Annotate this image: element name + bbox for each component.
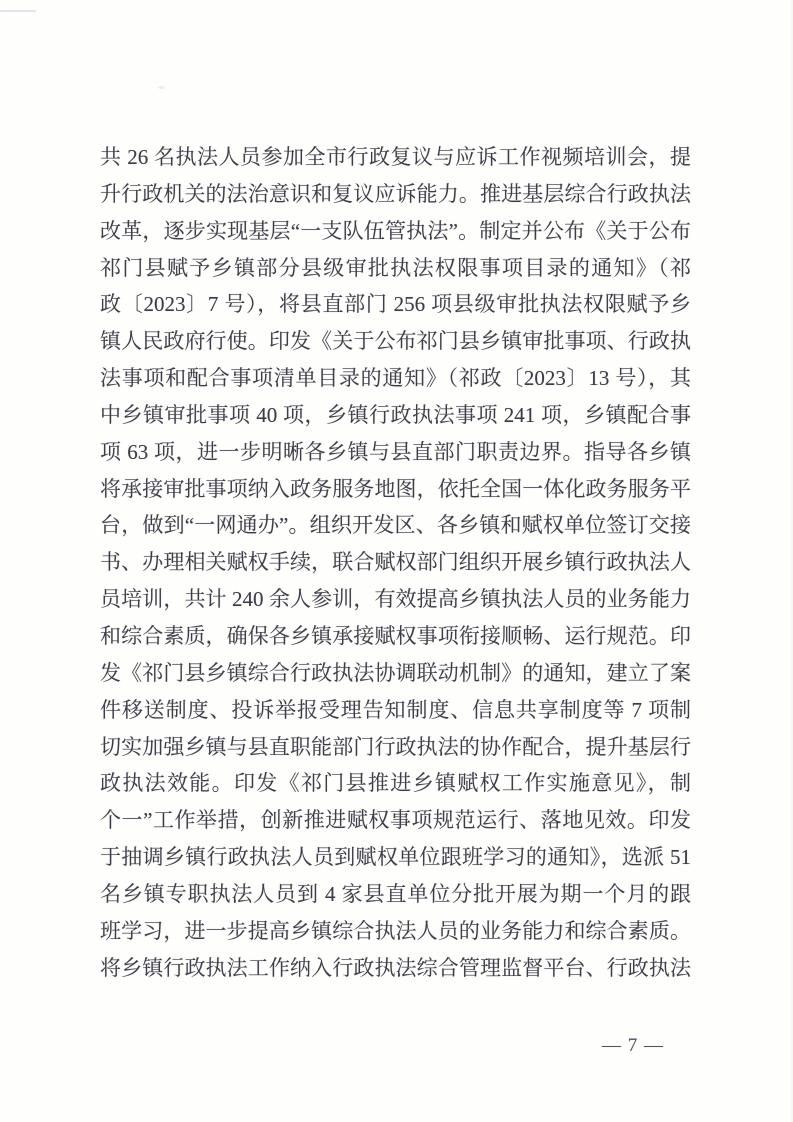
text-line: 台，做到“一网通办”。组织开发区、各乡镇和赋权单位签订交接 xyxy=(100,507,691,544)
text-line: 件移送制度、投诉举报受理告知制度、信息共享制度等 7 项制度， xyxy=(100,692,691,729)
text-line: 镇人民政府行使。印发《关于公布祁门县乡镇审批事项、行政执 xyxy=(100,323,691,360)
document-page: 共 26 名执法人员参加全市行政复议与应诉工作视频培训会，提 升行政机关的法治意… xyxy=(0,0,793,1122)
body-text: 共 26 名执法人员参加全市行政复议与应诉工作视频培训会，提 升行政机关的法治意… xyxy=(100,139,691,986)
text-line: 共 26 名执法人员参加全市行政复议与应诉工作视频培训会，提 xyxy=(100,139,691,176)
text-line: 项 63 项，进一步明晰各乡镇与县直部门职责边界。指导各乡镇 xyxy=(100,434,691,471)
text-line: 书、办理相关赋权手续，联合赋权部门组织开展乡镇行政执法人 xyxy=(100,544,691,581)
text-line: 员培训，共计 240 余人参训，有效提高乡镇执法人员的业务能力 xyxy=(100,581,691,618)
text-line: 政〔2023〕7 号），将县直部门 256 项县级审批执法权限赋予乡 xyxy=(100,286,691,323)
text-line: 中乡镇审批事项 40 项，乡镇行政执法事项 241 项，乡镇配合事 xyxy=(100,397,691,434)
text-line: 班学习，进一步提高乡镇综合执法人员的业务能力和综合素质。 xyxy=(100,913,691,950)
text-line: 发《祁门县乡镇综合行政执法协调联动机制》的通知，建立了案 xyxy=(100,655,691,692)
scan-artifact-top-left xyxy=(0,10,36,12)
text-line: 名乡镇专职执法人员到 4 家县直单位分批开展为期一个月的跟 xyxy=(100,876,691,913)
text-line: 切实加强乡镇与县直职能部门行政执法的协作配合，提升基层行 xyxy=(100,729,691,766)
text-line: 政执法效能。印发《祁门县推进乡镇赋权工作实施意见》，制定“六 xyxy=(100,765,691,802)
scan-smudge xyxy=(158,86,165,89)
text-line: 改革，逐步实现基层“一支队伍管执法”。制定并公布《关于公布 xyxy=(100,213,691,250)
text-line: 和综合素质，确保各乡镇承接赋权事项衔接顺畅、运行规范。印 xyxy=(100,618,691,655)
text-line: 法事项和配合事项清单目录的通知》（祁政〔2023〕13 号），其 xyxy=(100,360,691,397)
text-line: 将承接审批事项纳入政务服务地图，依托全国一体化政务服务平 xyxy=(100,471,691,508)
text-line: 祁门县赋予乡镇部分县级审批执法权限事项目录的通知》（祁 xyxy=(100,250,691,287)
page-number: — 7 — xyxy=(596,1035,670,1057)
text-line: 将乡镇行政执法工作纳入行政执法综合管理监督平台、行政执法 xyxy=(100,950,691,987)
scan-artifact-right-edge xyxy=(789,0,793,1122)
text-line: 于抽调乡镇行政执法人员到赋权单位跟班学习的通知》，选派 51 xyxy=(100,839,691,876)
text-line: 个一”工作举措，创新推进赋权事项规范运行、落地见效。印发《关 xyxy=(100,802,691,839)
text-line: 升行政机关的法治意识和复议应诉能力。推进基层综合行政执法 xyxy=(100,176,691,213)
